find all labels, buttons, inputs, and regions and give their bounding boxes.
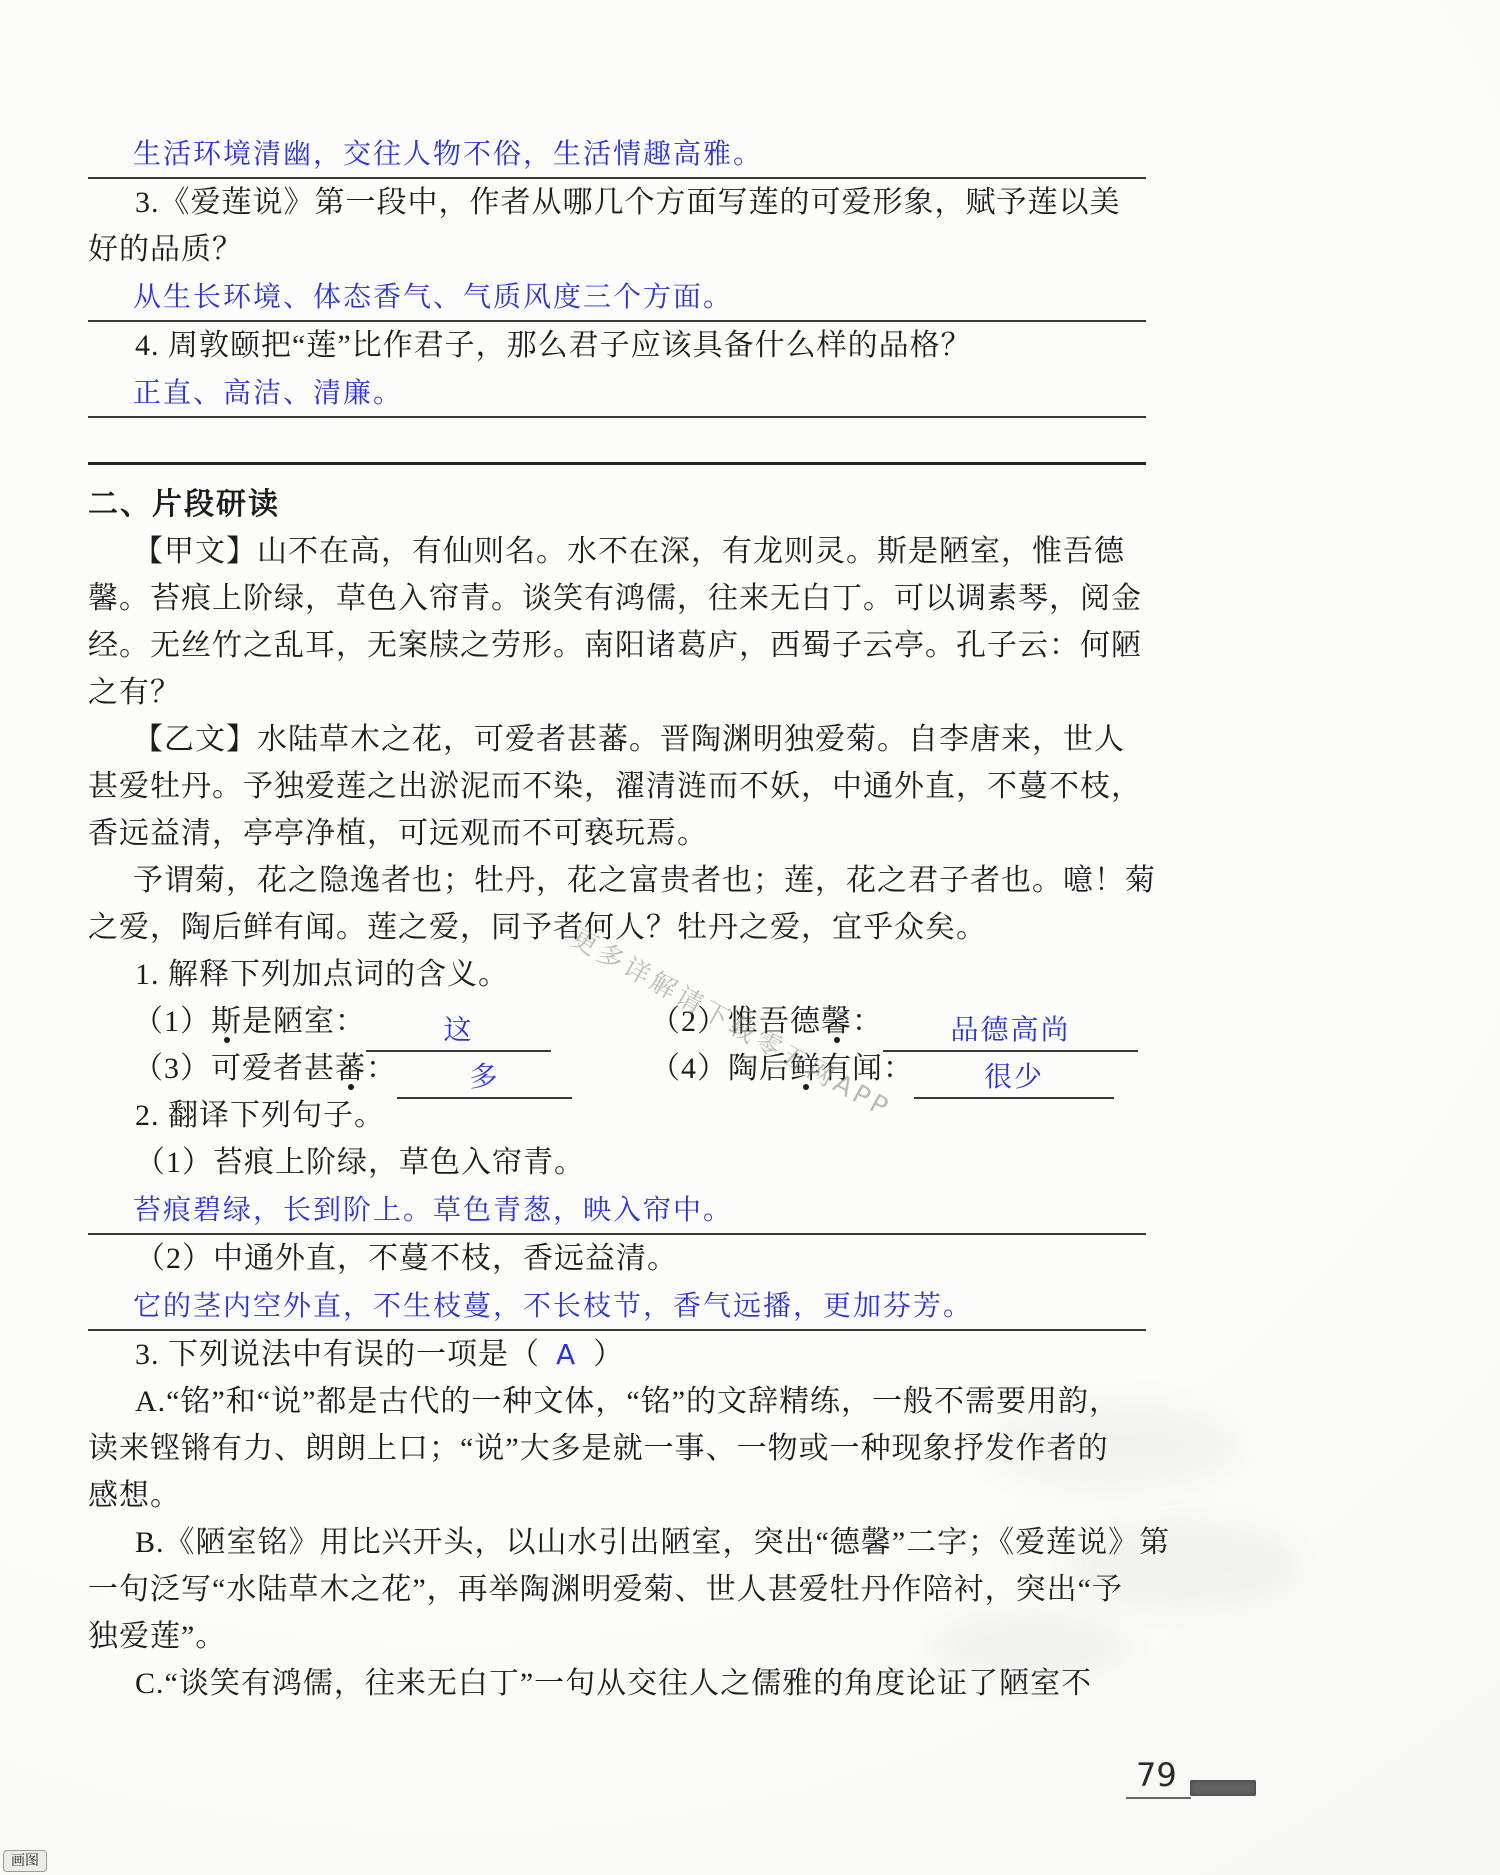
passage-jia-line: 【甲文】山不在高，有仙则名。水不在深，有龙则灵。斯是陋室，惟吾德 bbox=[88, 528, 1146, 575]
item-label: （1） bbox=[133, 1005, 211, 1038]
option-a-line: 读来铿锵有力、朗朗上口；“说”大多是就一事、一物或一种现象抒发作者的 bbox=[88, 1425, 1146, 1472]
option-b-line: 一句泛写“水陆草木之花”，再举陶渊明爱菊、世人甚爱牡丹作陪衬，突出“予 bbox=[88, 1566, 1146, 1613]
stem-text: ） bbox=[593, 1338, 624, 1371]
word-explain-item-1: （1）斯是陋室：这 bbox=[88, 1005, 551, 1038]
scanned-workbook-page: { "page": { "number": "79", "tool_button… bbox=[0, 0, 1500, 1875]
q2-answer-2: 它的茎内空外直，不生枝蔓，不长枝节，香气远播，更加芬芳。 bbox=[88, 1282, 1146, 1331]
item-label: （2）惟吾德 bbox=[650, 1005, 821, 1038]
option-b-line: 独爱莲”。 bbox=[88, 1613, 1146, 1660]
item-label: ： bbox=[852, 1005, 883, 1038]
q2-heading: 2. 翻译下列句子。 bbox=[88, 1092, 1146, 1139]
answer-blank: 很少 bbox=[914, 1057, 1114, 1099]
section-divider-rule bbox=[88, 462, 1146, 465]
passage-jia-line: 馨。苔痕上阶绿，草色入帘青。谈笑有鸿儒，往来无白丁。可以调素琴，阅金 bbox=[88, 575, 1146, 622]
answer-line-q4: 正直、高洁、清廉。 bbox=[88, 369, 1146, 418]
answer-blank: 多 bbox=[397, 1057, 572, 1099]
option-a-line: A.“铭”和“说”都是古代的一种文体，“铭”的文辞精练，一般不需要用韵， bbox=[88, 1378, 1146, 1425]
q1-heading: 1. 解释下列加点词的含义。 bbox=[88, 951, 1146, 998]
passage-yu-line: 之爱，陶后鲜有闻。莲之爱，同予者何人？牡丹之爱，宜乎众矣。 bbox=[88, 904, 1146, 951]
mcq-answer-letter: A bbox=[540, 1338, 593, 1371]
q3-mcq-stem: 3. 下列说法中有误的一项是（A） bbox=[88, 1331, 1146, 1378]
q2-answer-1: 苔痕碧绿，长到阶上。草色青葱，映入帘中。 bbox=[88, 1186, 1146, 1235]
passage-yi-line: 香远益清，亭亭净植，可远观而不可亵玩焉。 bbox=[88, 810, 1146, 857]
passage-yi-line: 甚爱牡丹。予独爱莲之出淤泥而不染，濯清涟而不妖，中通外直，不蔓不枝， bbox=[88, 763, 1146, 810]
answer-line-q3: 从生长环境、体态香气、气质风度三个方面。 bbox=[88, 273, 1146, 322]
answer-line-q2: 生活环境清幽，交往人物不俗，生活情趣高雅。 bbox=[88, 130, 1146, 179]
word-explain-item-3: （3）可爱者甚蕃：多 bbox=[88, 1052, 572, 1085]
page-number-ink-bar bbox=[1190, 1780, 1256, 1796]
word-explain-row-1: （1）斯是陋室：这 （2）惟吾德馨：品德高尚 bbox=[88, 998, 1146, 1045]
q2-sentence-2: （2）中通外直，不蔓不枝，香远益清。 bbox=[88, 1235, 1146, 1282]
emphasis-dotted-char: 斯 bbox=[211, 1005, 242, 1038]
question-3-line1: 3.《爱莲说》第一段中，作者从哪几个方面写莲的可爱形象，赋予莲以美 bbox=[88, 179, 1146, 226]
word-explain-item-2: （2）惟吾德馨：品德高尚 bbox=[650, 998, 1138, 1052]
emphasis-dotted-char: 蕃 bbox=[335, 1052, 366, 1085]
passage-yi-line: 【乙文】水陆草木之花，可爱者甚蕃。晋陶渊明独爱菊。自李唐来，世人 bbox=[88, 716, 1146, 763]
item-label: 有闻： bbox=[821, 1052, 914, 1085]
page-number: 79 bbox=[1126, 1756, 1191, 1799]
item-label: 是陋室： bbox=[242, 1005, 366, 1038]
paint-tool-button[interactable]: 画图 bbox=[3, 1850, 47, 1872]
page-text-column: 生活环境清幽，交往人物不俗，生活情趣高雅。 3.《爱莲说》第一段中，作者从哪几个… bbox=[88, 0, 1146, 1707]
emphasis-dotted-char: 鲜 bbox=[790, 1052, 821, 1085]
section-heading: 二、片段研读 bbox=[88, 481, 1146, 528]
word-explain-row-2: （3）可爱者甚蕃：多 （4）陶后鲜有闻：很少 bbox=[88, 1045, 1146, 1092]
item-label: （3）可爱者甚 bbox=[133, 1052, 335, 1085]
emphasis-dotted-char: 馨 bbox=[821, 1005, 852, 1038]
question-4: 4. 周敦颐把“莲”比作君子，那么君子应该具备什么样的品格？ bbox=[88, 322, 1146, 369]
word-explain-item-4: （4）陶后鲜有闻：很少 bbox=[650, 1045, 1114, 1099]
passage-jia-line: 经。无丝竹之乱耳，无案牍之劳形。南阳诸葛庐，西蜀子云亭。孔子云：何陋 bbox=[88, 622, 1146, 669]
passage-yu-line: 予谓菊，花之隐逸者也；牡丹，花之富贵者也；莲，花之君子者也。噫！菊 bbox=[88, 857, 1146, 904]
item-label: （4）陶后 bbox=[650, 1052, 790, 1085]
option-c-line: C.“谈笑有鸿儒，往来无白丁”一句从交往人之儒雅的角度论证了陋室不 bbox=[88, 1660, 1146, 1707]
option-b-line: B.《陋室铭》用比兴开头，以山水引出陋室，突出“德馨”二字；《爱莲说》第 bbox=[88, 1519, 1146, 1566]
item-label: ： bbox=[366, 1052, 397, 1085]
q2-sentence-1: （1）苔痕上阶绿，草色入帘青。 bbox=[88, 1139, 1146, 1186]
option-a-line: 感想。 bbox=[88, 1472, 1146, 1519]
passage-jia-line: 之有？ bbox=[88, 669, 1146, 716]
stem-text: 3. 下列说法中有误的一项是（ bbox=[135, 1338, 540, 1371]
question-3-line2: 好的品质？ bbox=[88, 226, 1146, 273]
